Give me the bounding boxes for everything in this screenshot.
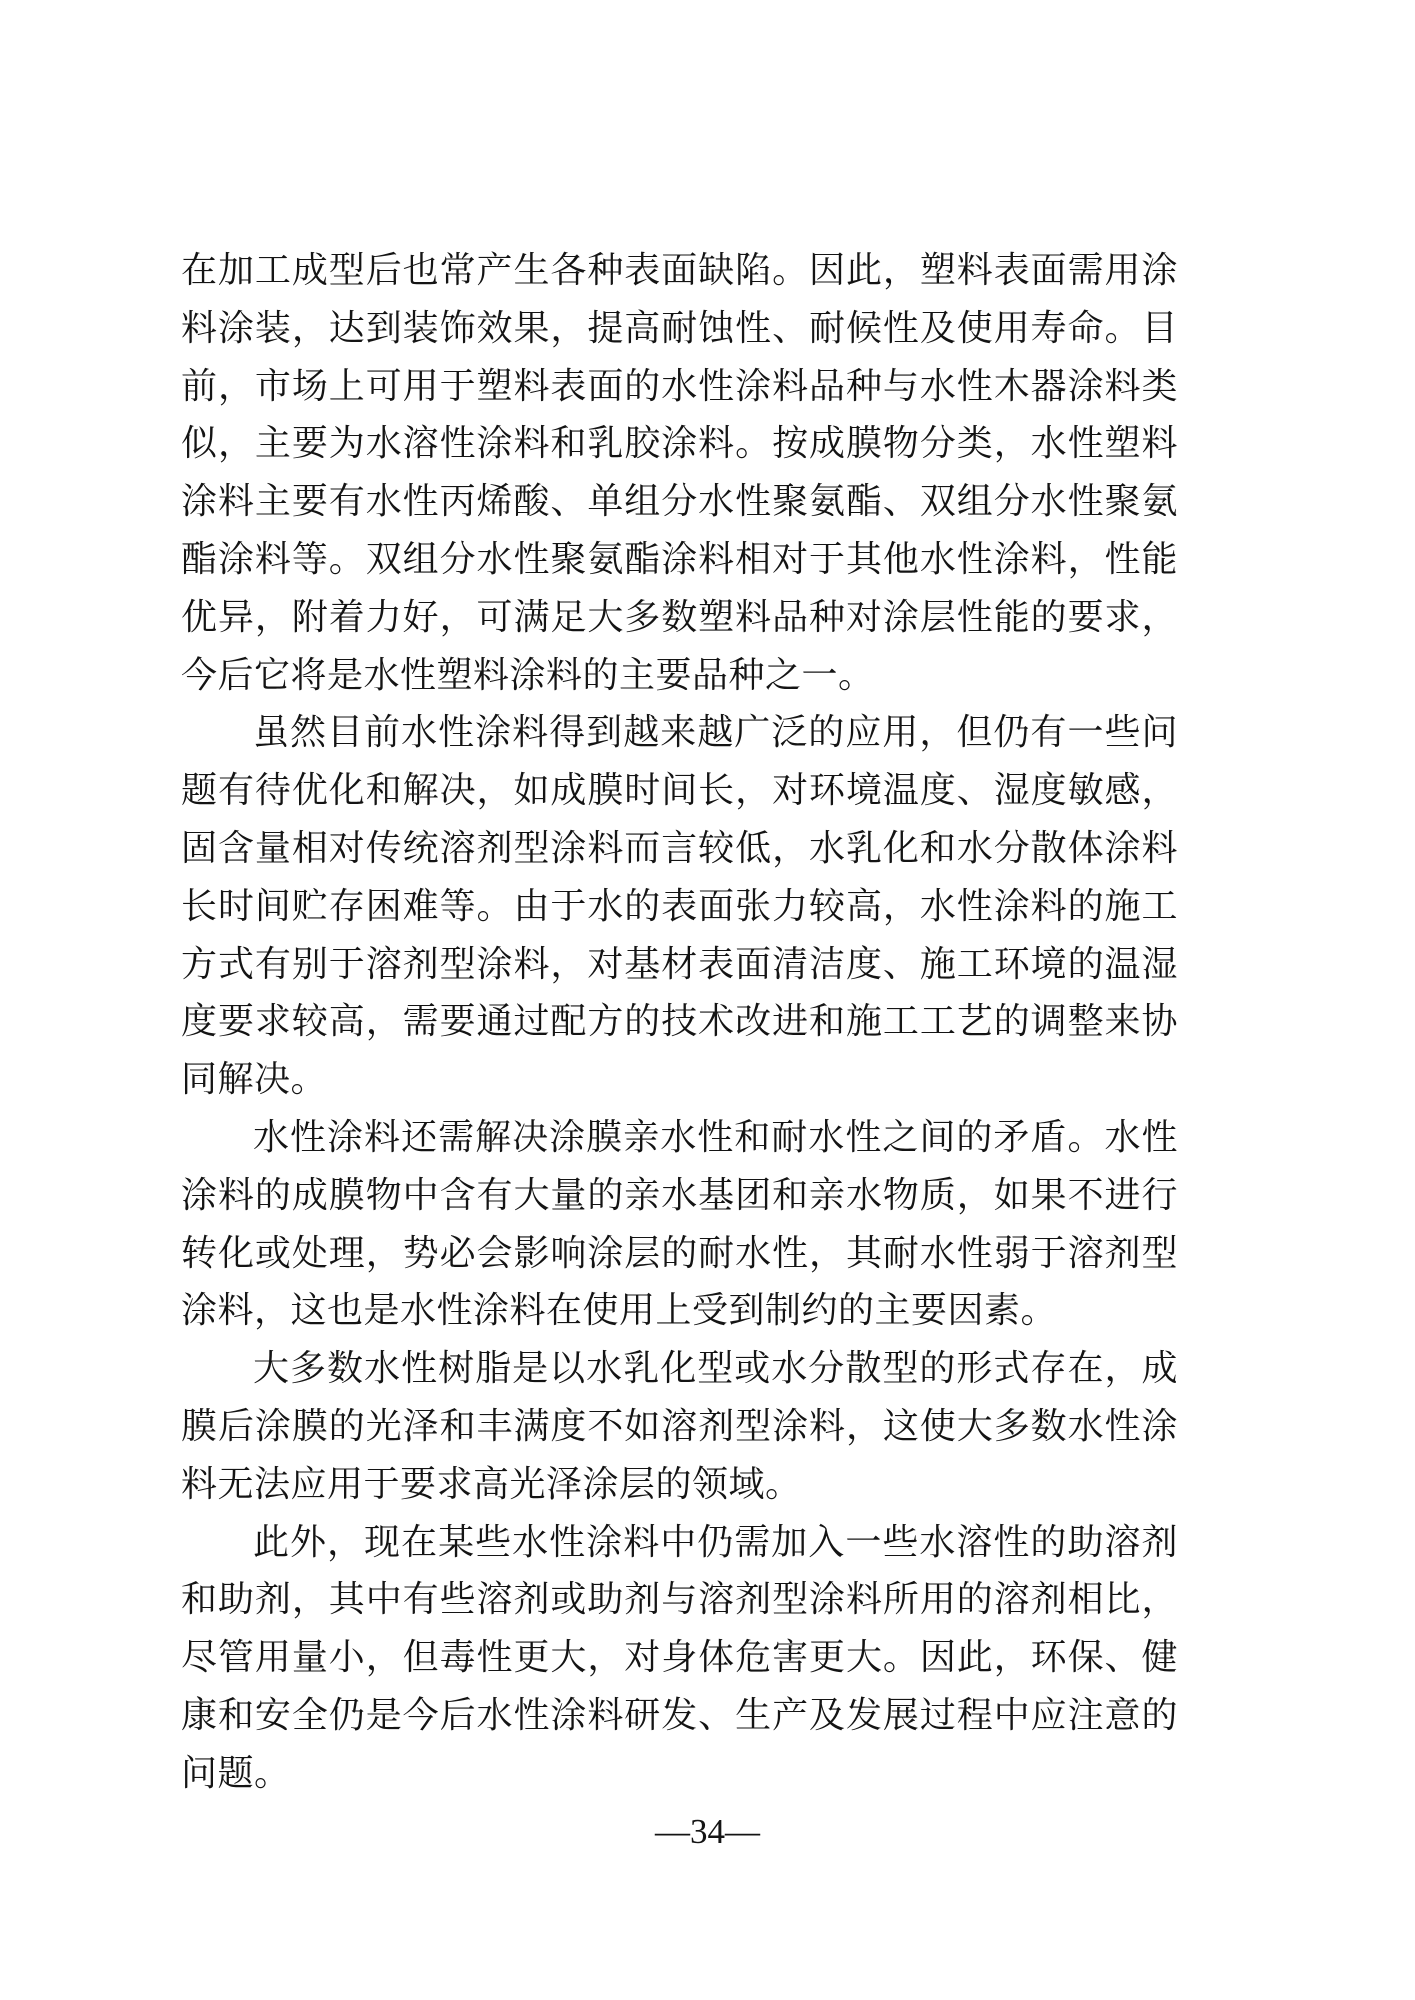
paragraph: 此外，现在某些水性涂料中仍需加入一些水溶性的助溶剂和助剂，其中有些溶剂或助剂与溶… bbox=[181, 1514, 1178, 1803]
document-page: 在加工成型后也常产生各种表面缺陷。因此，塑料表面需用涂料涂装，达到装饰效果，提高… bbox=[0, 0, 1415, 2000]
page-number: —34— bbox=[0, 1808, 1415, 1856]
paragraph: 大多数水性树脂是以水乳化型或水分散型的形式存在，成膜后涂膜的光泽和丰满度不如溶剂… bbox=[181, 1340, 1178, 1513]
paragraph: 水性涂料还需解决涂膜亲水性和耐水性之间的矛盾。水性涂料的成膜物中含有大量的亲水基… bbox=[181, 1109, 1178, 1340]
text-block: 在加工成型后也常产生各种表面缺陷。因此，塑料表面需用涂料涂装，达到装饰效果，提高… bbox=[181, 242, 1178, 1803]
paragraph: 在加工成型后也常产生各种表面缺陷。因此，塑料表面需用涂料涂装，达到装饰效果，提高… bbox=[181, 242, 1178, 704]
paragraph: 虽然目前水性涂料得到越来越广泛的应用，但仍有一些问题有待优化和解决，如成膜时间长… bbox=[181, 704, 1178, 1109]
